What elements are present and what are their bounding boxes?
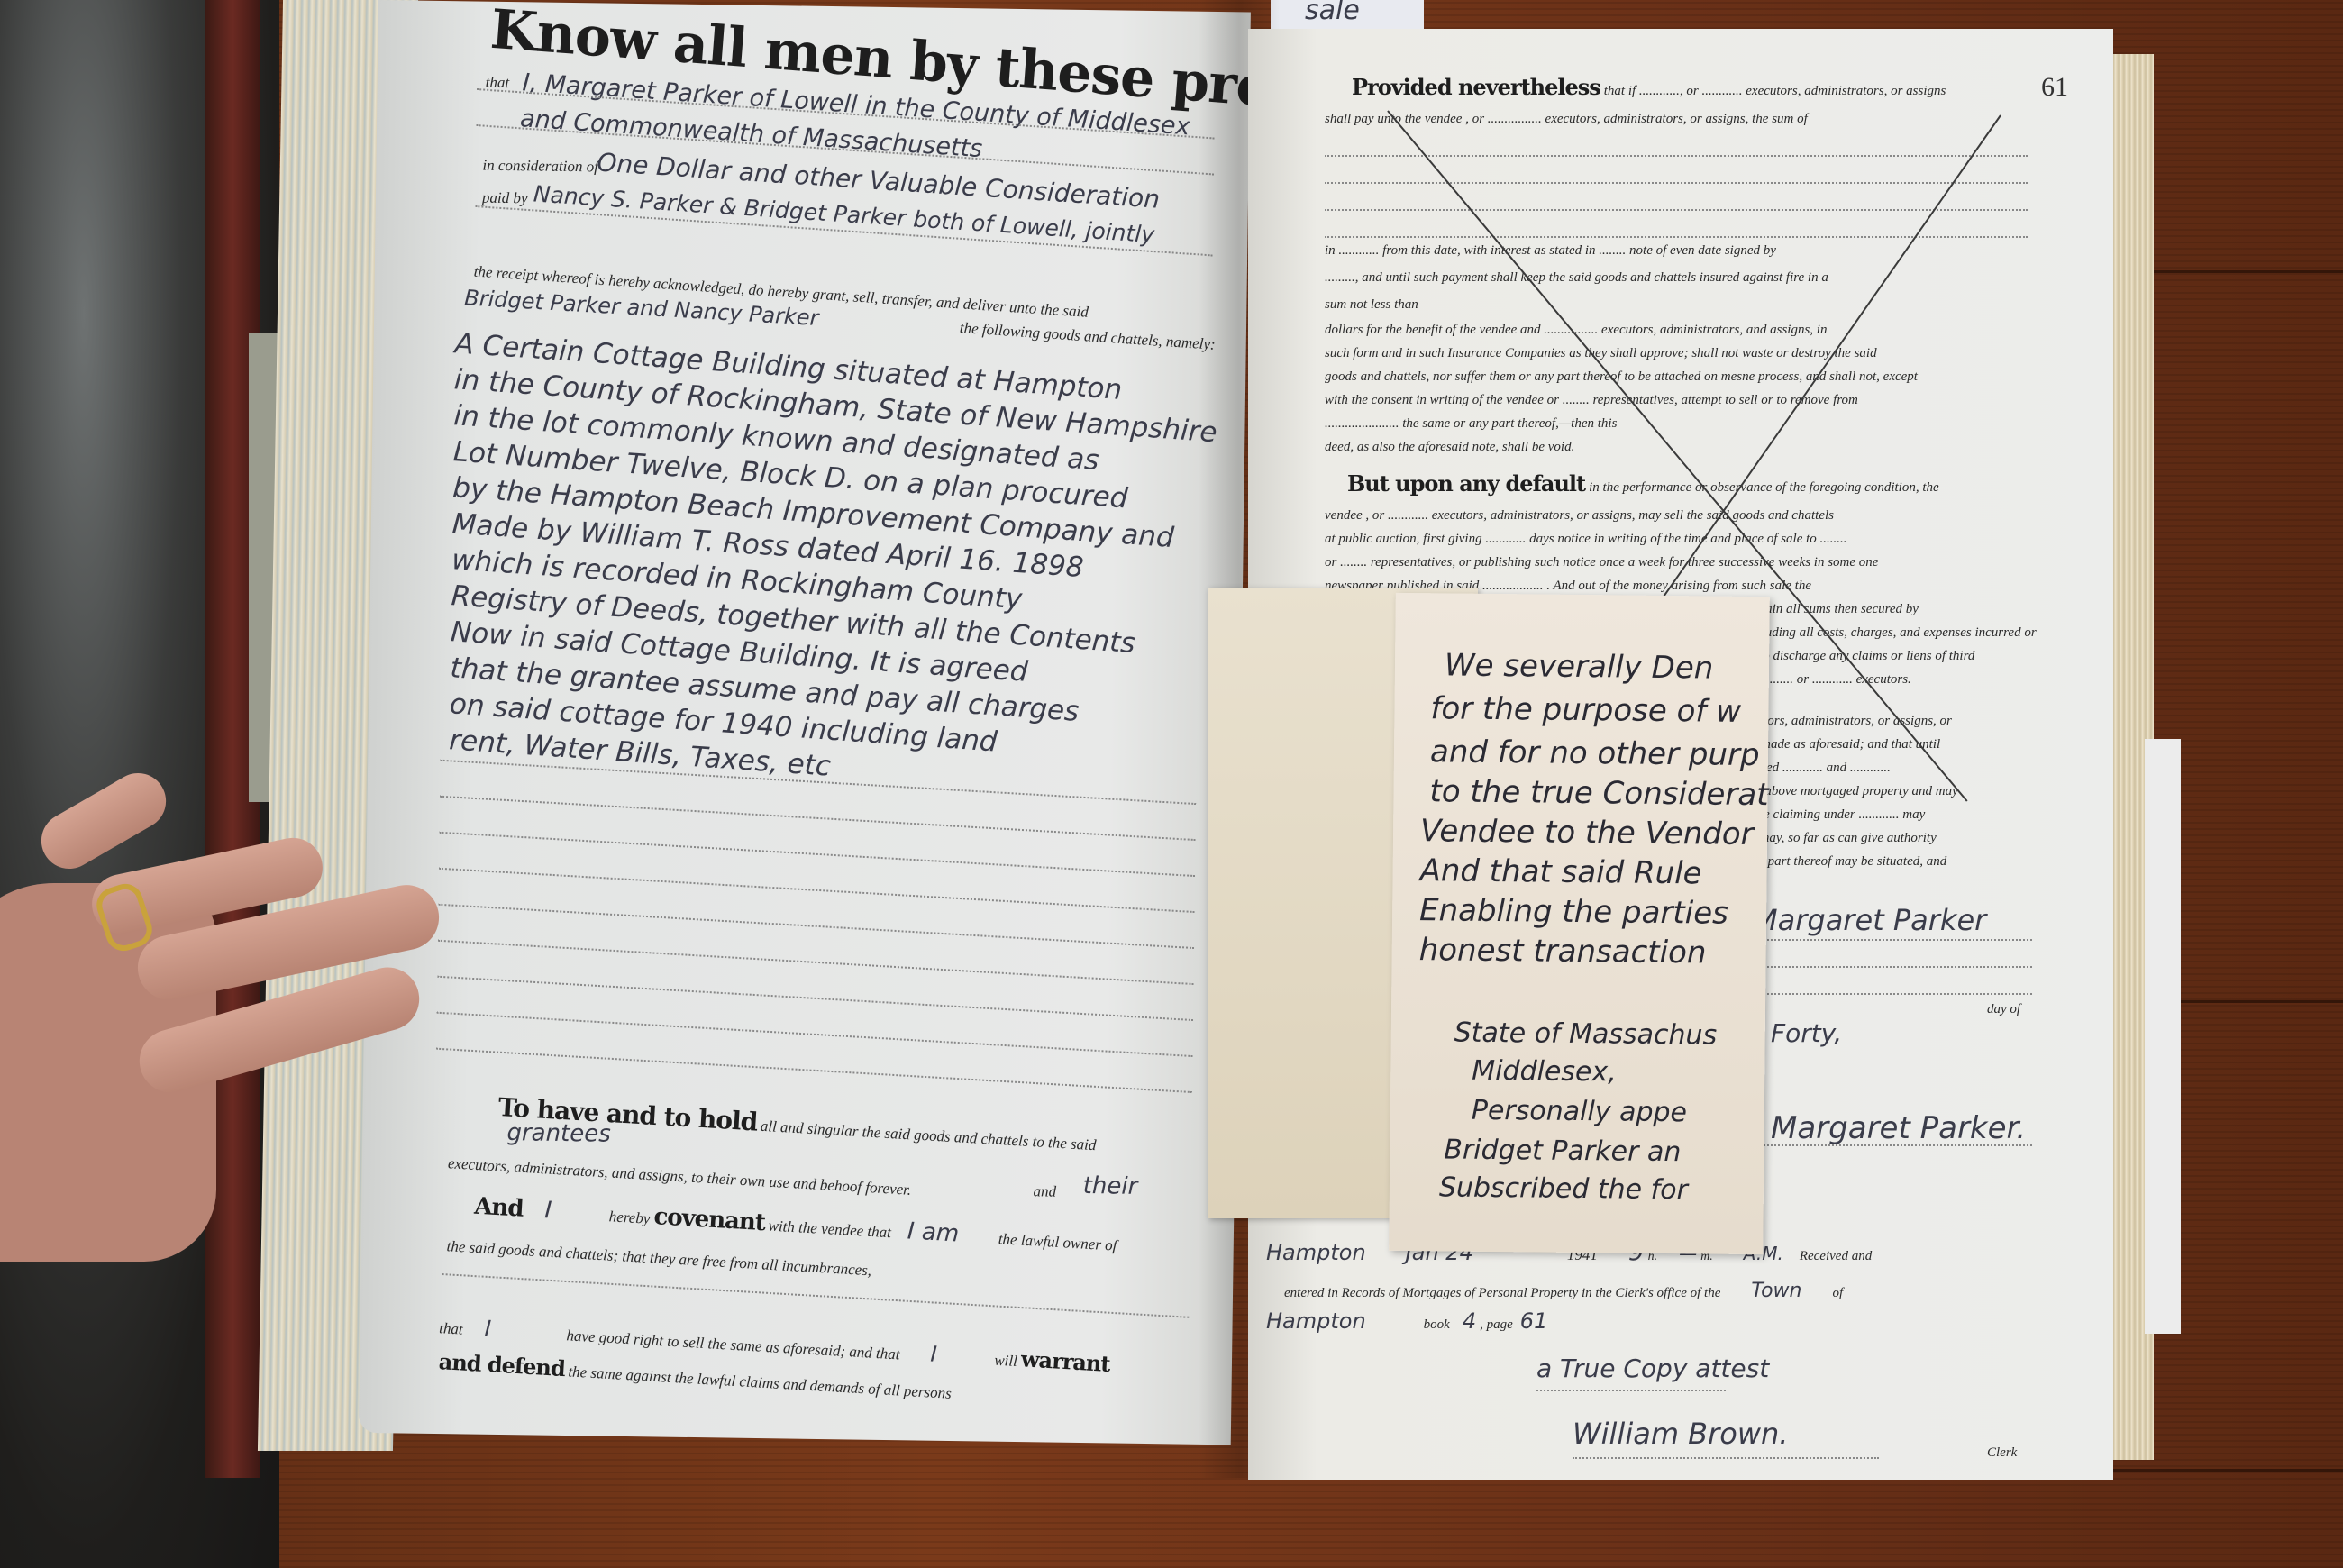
town-handwritten: Hampton: [1266, 1308, 1366, 1334]
finger: [32, 763, 177, 880]
proviso-text-8: goods and chattels, nor suffer them or a…: [1325, 369, 1918, 385]
note-line-7: Enabling the parties: [1419, 892, 1728, 932]
note-line-2: for the purpose of w: [1430, 690, 1741, 730]
habendum-text: all and singular the said goods and chat…: [760, 1117, 1097, 1153]
day-of-label: day of: [1987, 1002, 2020, 1017]
default-text-8: ...o discharge any claims or liens of th…: [1753, 649, 1974, 664]
covenant-text-1: hereby: [608, 1208, 651, 1227]
consideration-label: in consideration of: [482, 157, 598, 177]
default-text-3: at public auction, first giving ........…: [1325, 532, 1847, 547]
table-seam: [2109, 1469, 2343, 1472]
note-line-8: honest transaction: [1418, 932, 1706, 971]
dotted-line: [1325, 182, 2028, 184]
default-line-1: But upon any default in the performance …: [1347, 470, 1939, 497]
covenant-who-handwritten: I: [544, 1197, 552, 1224]
proviso-text-3: in ............ from this date, with int…: [1325, 243, 1776, 259]
proviso-text-4: ........., and until such payment shall …: [1325, 270, 1828, 286]
signature-2: Margaret Parker.: [1771, 1110, 2026, 1146]
of-label: of: [1833, 1286, 1844, 1300]
proviso-text-10: ...................... the same or any p…: [1325, 416, 1617, 432]
note-line-3: and for no other purp: [1430, 734, 1760, 773]
recording-line-2: entered in Records of Mortgages of Perso…: [1284, 1280, 1843, 1302]
received-label: Received and: [1800, 1249, 1872, 1263]
dotted-line: [1536, 1390, 1726, 1391]
dotted-line: [1325, 209, 2028, 211]
habendum-text-2: executors, administrators, and assigns, …: [447, 1154, 911, 1199]
default-heading: But upon any default: [1347, 470, 1585, 497]
ack-line-3: Personally appe: [1472, 1095, 1688, 1129]
dotted-line: [437, 976, 1193, 1021]
note-line-5: Vendee to the Vendor: [1420, 813, 1754, 852]
proviso-heading: Provided nevertheless: [1352, 74, 1600, 100]
dotted-line: [437, 1012, 1193, 1057]
default-text-1: in the performance or observance of the …: [1589, 480, 1939, 495]
dotted-line: [1325, 155, 2028, 157]
recording-line-3: Hampton book 4 , page 61: [1266, 1308, 1547, 1334]
dotted-line: [1325, 236, 2028, 238]
ack-line-1: State of Massachus: [1454, 1017, 1718, 1052]
ack-line-5: Subscribed the for: [1439, 1171, 1688, 1206]
note-line-6: And that said Rule: [1419, 852, 1701, 891]
note-line-1: We severally Den: [1445, 647, 1714, 686]
note-line-4: to the true Considerat: [1429, 773, 1768, 813]
dotted-line: [438, 940, 1194, 985]
covenant-text-4: the said goods and chattels; that they a…: [446, 1237, 872, 1280]
default-text-2: vendee , or ............ executors, admi…: [1325, 508, 1834, 524]
default-text-4: or ........ representatives, or publishi…: [1325, 555, 1878, 570]
habendum-and-label: and: [1033, 1182, 1056, 1200]
covenant-text-2: with the vendee that: [768, 1217, 891, 1241]
book-label: book: [1424, 1317, 1450, 1332]
hand: [0, 775, 469, 1280]
book-number: 4: [1463, 1308, 1476, 1334]
covenant-heading: And: [473, 1193, 524, 1223]
loose-sheet-edge: [2145, 739, 2181, 1334]
page-label: , page: [1480, 1317, 1513, 1332]
proviso-text-7: such form and in such Insurance Companie…: [1325, 346, 1877, 361]
proviso-text-5: sum not less than: [1325, 297, 1418, 313]
habendum-party-handwritten: grantees: [506, 1119, 611, 1148]
dotted-line: [439, 868, 1195, 913]
attest-handwritten: a True Copy attest: [1536, 1354, 1769, 1383]
covenant-text-6: will: [994, 1352, 1018, 1370]
goods-description: A Certain Cottage Building situated at H…: [449, 325, 1212, 769]
left-page: Know all men by these presents that I, M…: [359, 0, 1251, 1445]
paid-by-label: paid by: [482, 189, 528, 208]
proviso-line-1: Provided nevertheless that if ..........…: [1352, 74, 1946, 100]
dotted-line: [1573, 1457, 1879, 1459]
warrant-word: warrant: [1020, 1345, 1110, 1377]
sale-tab-label: sale: [1305, 0, 1360, 26]
default-text-9: ............ or ............ executors.: [1753, 672, 1911, 688]
clerk-label: Clerk: [1987, 1445, 2017, 1461]
page-number: 61: [2041, 72, 2068, 103]
dotted-line: [439, 832, 1195, 877]
covenant-i3-handwritten: I: [930, 1342, 938, 1367]
defend-heading: and defend: [438, 1348, 565, 1381]
recording-place-handwritten: Hampton: [1266, 1240, 1366, 1265]
covenant-text-7: the same against the lawful claims and d…: [568, 1363, 952, 1401]
habendum-their-handwritten: their: [1082, 1172, 1137, 1200]
covenant-text-3: the lawful owner of: [998, 1230, 1117, 1254]
entered-text: entered in Records of Mortgages of Perso…: [1284, 1286, 1720, 1300]
dotted-line: [438, 904, 1194, 949]
recorded-page-number: 61: [1520, 1308, 1548, 1334]
year-handwritten: Forty,: [1771, 1018, 1842, 1048]
default-text-7: ...including all costs, charges, and exp…: [1735, 625, 2037, 641]
covenant-i2-handwritten: I: [484, 1316, 492, 1341]
proviso-text-1: that if ............, or ............ ex…: [1604, 84, 1946, 98]
proviso-text-11: deed, as also the aforesaid note, shall …: [1325, 440, 1574, 455]
ack-line-2: Middlesex,: [1472, 1055, 1617, 1089]
ack-line-4: Bridget Parker an: [1444, 1134, 1681, 1168]
proviso-text-2: shall pay unto the vendee , or .........…: [1325, 112, 1808, 127]
covenant-am-handwritten: I am: [907, 1217, 960, 1247]
office-handwritten: Town: [1751, 1280, 1801, 1302]
dotted-line: [442, 1273, 1190, 1318]
that-label: that: [439, 1319, 464, 1337]
sale-tab: sale: [1271, 0, 1424, 31]
proviso-text-9: with the consent in writing of the vende…: [1325, 393, 1858, 408]
signature-1: Margaret Parker: [1753, 903, 1986, 937]
dotted-line: [436, 1048, 1192, 1093]
covenant-word: covenant: [653, 1203, 766, 1236]
inserted-note: We severally Den for the purpose of w an…: [1389, 593, 1770, 1254]
clerk-signature: William Brown.: [1573, 1417, 1788, 1451]
